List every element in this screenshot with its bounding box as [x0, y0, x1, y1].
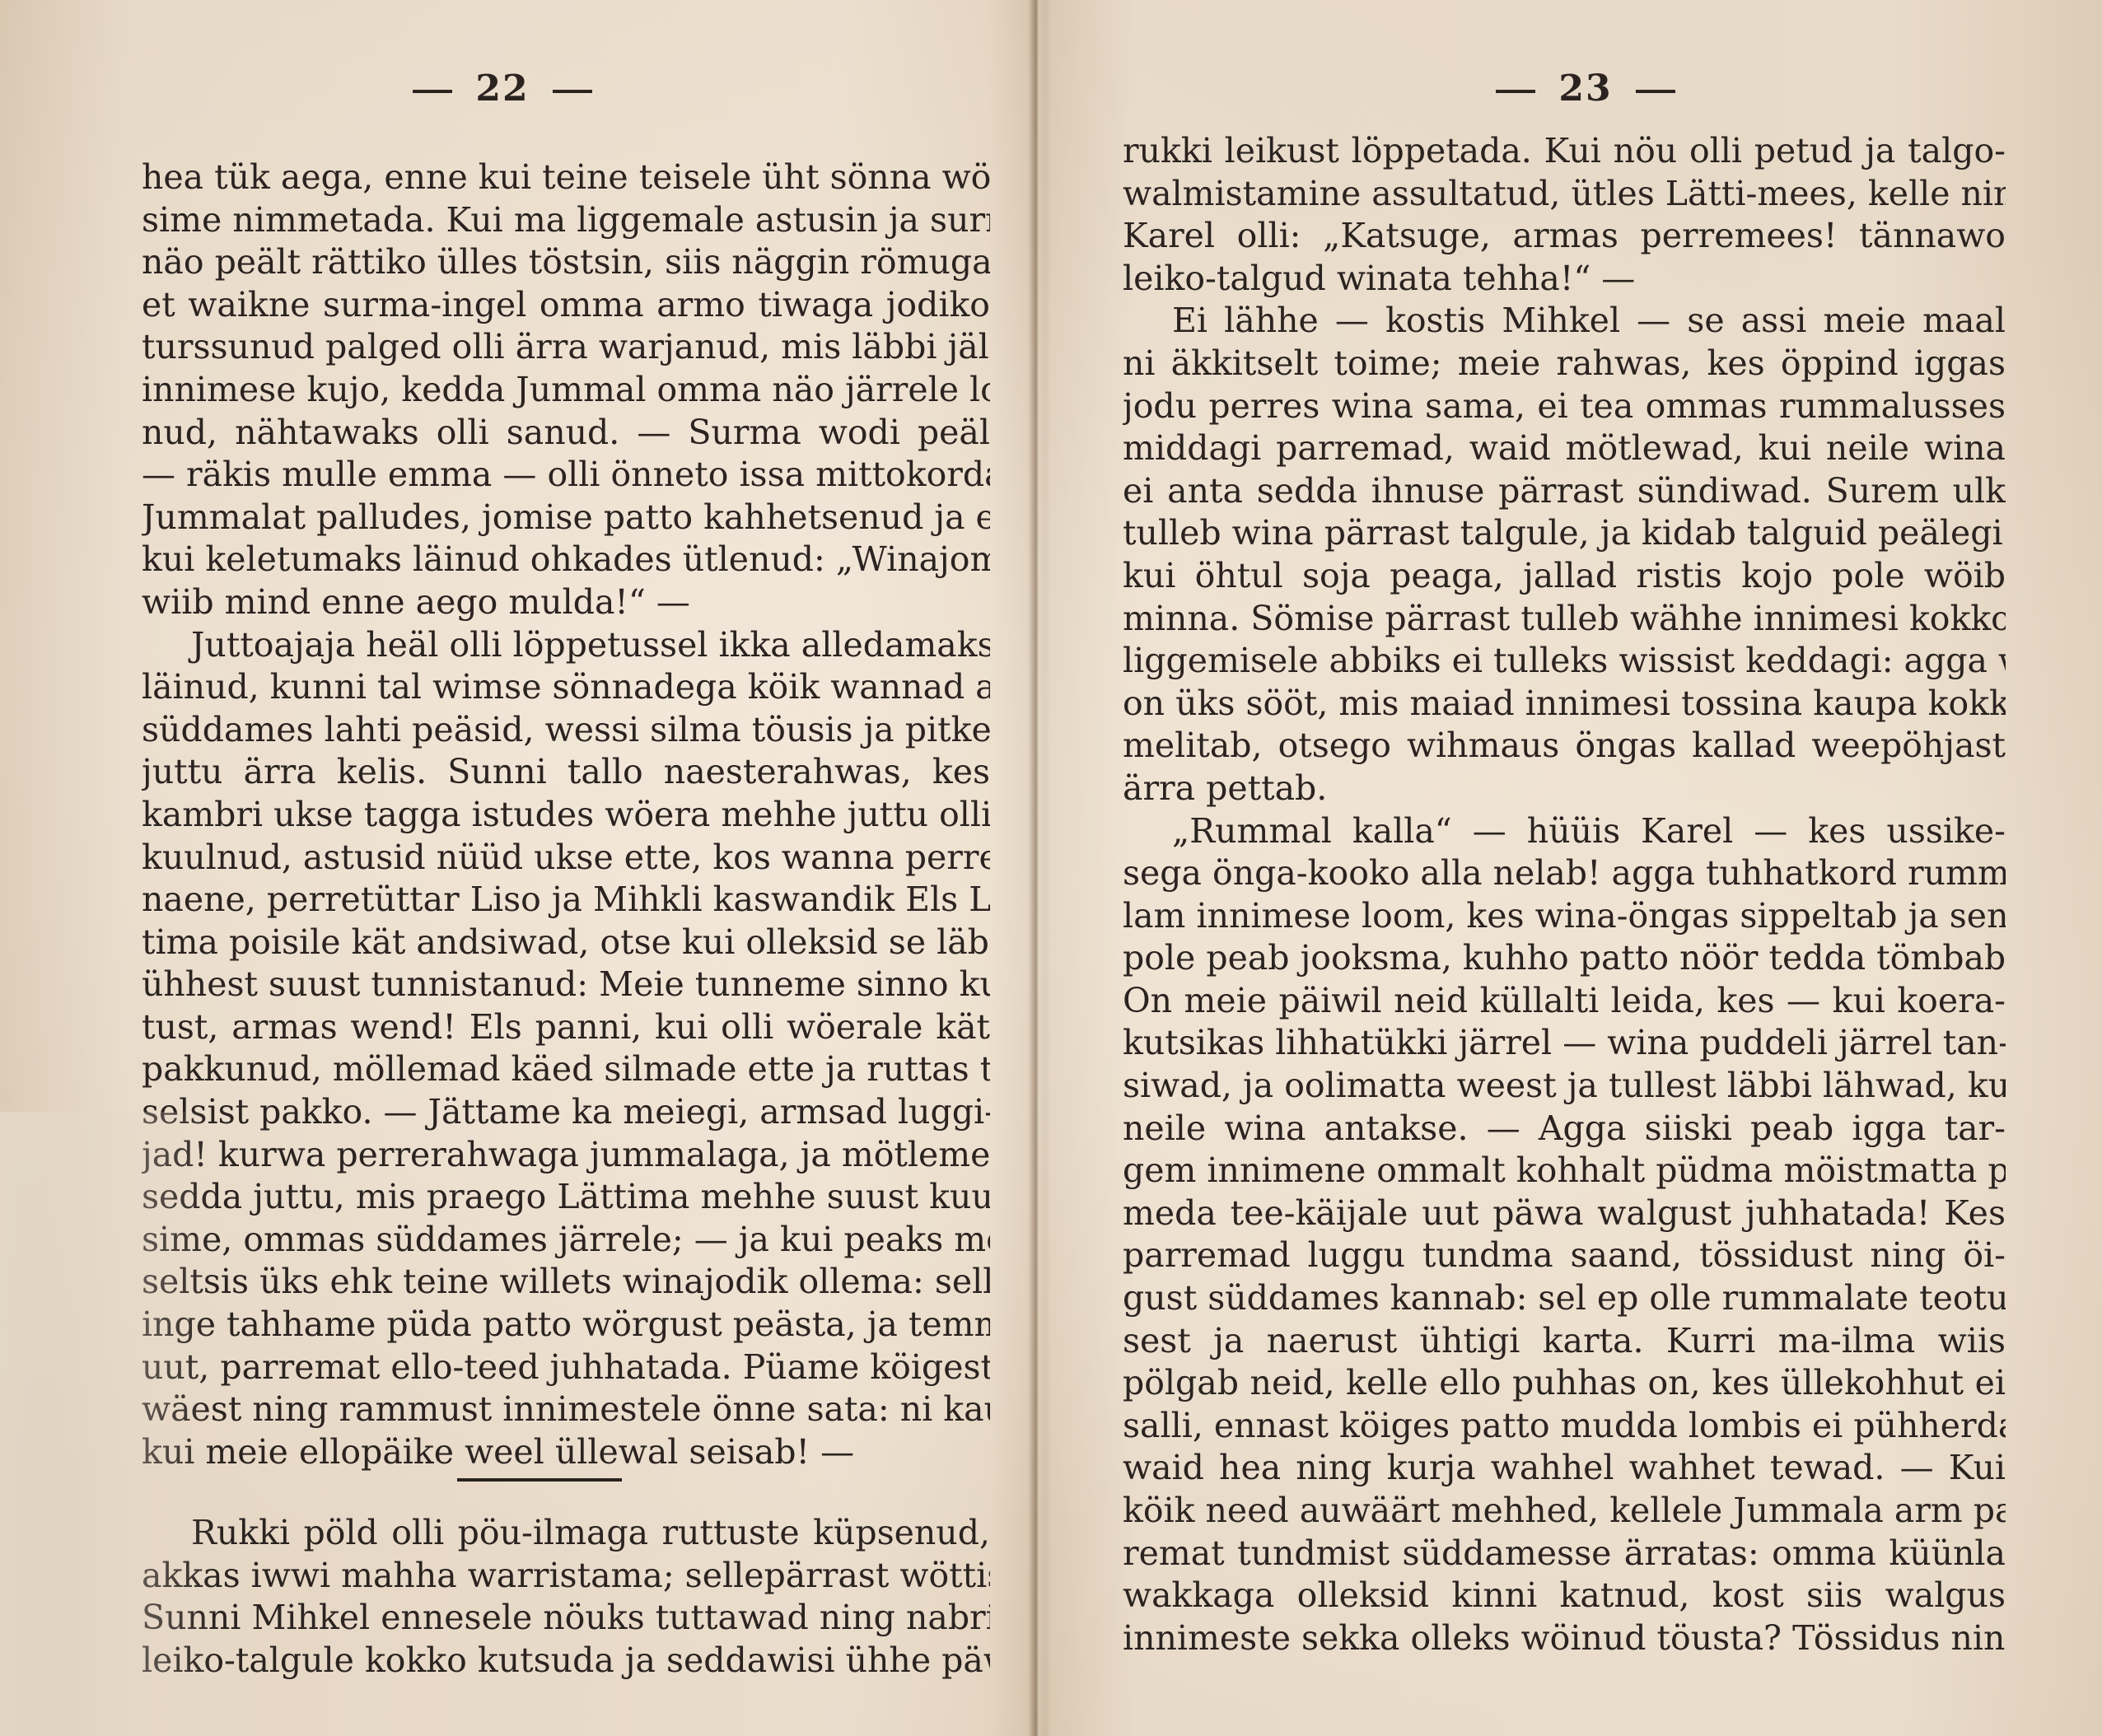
text-line: Ei lähhe — kostis Mihkel — se assi meie … — [1123, 300, 2006, 343]
left-page-new-section-text: Rukki pöld olli pöu-ilmaga ruttuste küps… — [142, 1512, 990, 1682]
text-line: kuulnud, astusid nüüd ukse ette, kos wan… — [142, 837, 990, 880]
text-line: melitab, otsego wihmaus öngas kallad wee… — [1123, 725, 2006, 768]
folio-dash — [553, 90, 592, 93]
text-line: jodu perres wina sama, ei tea ommas rumm… — [1123, 385, 2006, 428]
folio-dash — [413, 90, 452, 93]
section-divider-rule — [457, 1478, 622, 1482]
text-line: waid hea ning kurja wahhel wahhet tewad.… — [1123, 1447, 2006, 1490]
text-line: ärra pettab. — [1123, 768, 2006, 810]
text-line: pole peab jooksma, kuhho patto nöör tedd… — [1123, 937, 2006, 980]
text-line: sime, ommas süddames järrele; — ja kui p… — [142, 1219, 990, 1262]
text-line: wakkaga olleksid kinni katnud, kost siis… — [1123, 1575, 2006, 1617]
text-line: nud, nähtawaks olli sanud. — Surma wodi … — [142, 412, 990, 455]
text-line: middagi parremad, waid mötlewad, kui nei… — [1123, 427, 2006, 470]
text-line: näo peält rättiko ülles töstsin, siis nä… — [142, 241, 990, 284]
text-line: wiib mind enne aego mulda!“ — — [142, 581, 990, 624]
page-number-left: 22 — [379, 68, 626, 110]
text-line: rukki leikust löppetada. Kui nöu olli pe… — [1123, 130, 2006, 173]
left-page: 22 hea tük aega, enne kui teine teisele … — [0, 0, 1034, 1736]
text-line: sedda juttu, mis praego Lättima mehhe su… — [142, 1176, 990, 1219]
text-line: kui keletumaks läinud ohkades ütlenud: „… — [142, 539, 990, 581]
text-line: — räkis mulle emma — olli önneto issa mi… — [142, 454, 990, 497]
text-line: turssunud palged olli ärra warjanud, mis… — [142, 326, 990, 369]
left-page-body-text: hea tük aega, enne kui teine teisele üht… — [142, 156, 990, 1473]
text-line: siwad, ja oolimatta weest ja tullest läb… — [1123, 1065, 2006, 1108]
text-line: Rukki pöld olli pöu-ilmaga ruttuste küps… — [142, 1512, 990, 1555]
text-line: innimese kujo, kedda Jummal omma näo jär… — [142, 369, 990, 412]
folio-dash — [1636, 90, 1675, 93]
text-line: sest ja naerust ühtigi karta. Kurri ma-i… — [1123, 1320, 2006, 1363]
text-line: leiko-talgule kokko kutsuda ja seddawisi… — [142, 1640, 990, 1682]
text-line: inge tahhame püda patto wörgust peästa, … — [142, 1304, 990, 1346]
text-line: seltsis üks ehk teine willets winajodik … — [142, 1261, 990, 1304]
text-line: tulleb wina pärrast talgule, ja kidab ta… — [1123, 512, 2006, 555]
text-line: et waikne surma-ingel omma armo tiwaga j… — [142, 284, 990, 327]
text-line: ühhest suust tunnistanud: Meie tunneme s… — [142, 964, 990, 1006]
text-line: parremad luggu tundma saand, tössidust n… — [1123, 1234, 2006, 1277]
text-line: naene, perretüttar Liso ja Mihkli kaswan… — [142, 879, 990, 922]
text-line: uut, parremat ello-teed juhhatada. Püame… — [142, 1346, 990, 1389]
text-line: lam innimese loom, kes wina-öngas sippel… — [1123, 895, 2006, 938]
text-line: gust süddames kannab: sel ep olle rummal… — [1123, 1277, 2006, 1320]
folio-dash — [1496, 90, 1535, 93]
text-line: sega önga-kooko alla nelab! agga tuhhatk… — [1123, 852, 2006, 895]
text-line: ei anta sedda ihnuse pärrast sündiwad. S… — [1123, 470, 2006, 513]
text-line: on üks sööt, mis maiad innimesi tossina … — [1123, 683, 2006, 726]
text-line: ni äkkitselt toime; meie rahwas, kes öpp… — [1123, 343, 2006, 385]
text-line: Karel olli: „Katsuge, armas perremees! t… — [1123, 215, 2006, 258]
text-line: jad! kurwa perrerahwaga jummalaga, ja mö… — [142, 1134, 990, 1177]
text-line: wäest ning rammust innimestele önne sata… — [142, 1388, 990, 1431]
page-number-right: 23 — [1462, 68, 1709, 110]
text-line: juttu ärra kelis. Sunni tallo naesterahw… — [142, 751, 990, 794]
text-line: kui öhtul soja peaga, jallad ristis kojo… — [1123, 555, 2006, 598]
text-line: sime nimmetada. Kui ma liggemale astusin… — [142, 199, 990, 242]
right-page-body-text: rukki leikust löppetada. Kui nöu olli pe… — [1123, 130, 2006, 1659]
text-line: „Rummal kalla“ — hüüis Karel — kes ussik… — [1123, 810, 2006, 853]
text-line: Jummalat palludes, jomise patto kahhetse… — [142, 497, 990, 539]
text-line: läinud, kunni tal wimse sönnadega köik w… — [142, 666, 990, 709]
right-page: 23 rukki leikust löppetada. Kui nöu olli… — [1034, 0, 2102, 1736]
text-line: köik need auwäärt mehhed, kellele Jummal… — [1123, 1490, 2006, 1533]
text-line: remat tundmist süddamesse ärratas: omma … — [1123, 1533, 2006, 1575]
text-line: minna. Sömise pärrast tulleb wähhe innim… — [1123, 598, 2006, 641]
text-line: kambri ukse tagga istudes wöera mehhe ju… — [142, 794, 990, 837]
text-line: kutsikas lihhatükki järrel — wina puddel… — [1123, 1022, 2006, 1065]
text-line: hea tük aega, enne kui teine teisele üht… — [142, 156, 990, 199]
text-line: On meie päiwil neid küllalti leida, kes … — [1123, 980, 2006, 1023]
text-line: walmistamine assultatud, ütles Lätti-mee… — [1123, 173, 2006, 216]
text-line: gem innimene ommalt kohhalt püdma möistm… — [1123, 1150, 2006, 1192]
text-line: süddames lahti peäsid, wessi silma töusi… — [142, 709, 990, 752]
text-line: pölgab neid, kelle ello puhhas on, kes ü… — [1123, 1362, 2006, 1405]
text-line: salli, ennast köiges patto mudda lombis … — [1123, 1405, 2006, 1448]
text-line: tust, armas wend! Els panni, kui olli wö… — [142, 1006, 990, 1049]
text-line: meda tee-käijale uut päwa walgust juhhat… — [1123, 1192, 2006, 1235]
text-line: leiko-talgud winata tehha!“ — — [1123, 258, 2006, 301]
book-spread: 22 hea tük aega, enne kui teine teisele … — [0, 0, 2102, 1736]
text-line: neile wina antakse. — Agga siiski peab i… — [1123, 1108, 2006, 1150]
text-line: Sunni Mihkel ennesele nöuks tuttawad nin… — [142, 1597, 990, 1640]
text-line: Juttoajaja heäl olli löppetussel ikka al… — [142, 624, 990, 667]
text-line: tima poisile kät andsiwad, otse kui olle… — [142, 922, 990, 964]
text-line: liggemisele abbiks ei tulleks wissist ke… — [1123, 640, 2006, 683]
text-line: akkas iwwi mahha warristama; sellepärras… — [142, 1555, 990, 1598]
text-line: selsist pakko. — Jättame ka meiegi, arms… — [142, 1091, 990, 1134]
text-line: kui meie ellopäike weel üllewal seisab! … — [142, 1431, 990, 1474]
text-line: innimeste sekka olleks wöinud töusta? Tö… — [1123, 1617, 2006, 1660]
text-line: pakkunud, möllemad käed silmade ette ja … — [142, 1048, 990, 1091]
